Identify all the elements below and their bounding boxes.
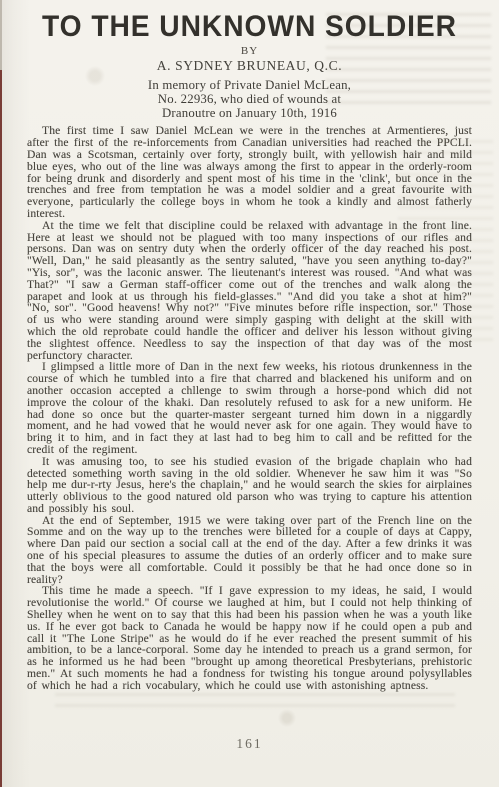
paragraph: This time he made a speech. "If I gave e… bbox=[27, 585, 472, 691]
article-body: The first time I saw Daniel McLean we we… bbox=[27, 125, 472, 691]
dedication: In memory of Private Daniel McLean, No. … bbox=[0, 79, 499, 120]
dedication-line: Dranoutre on January 10th, 1916 bbox=[0, 107, 499, 121]
scanned-page: TO THE UNKNOWN SOLDIER BY A. SYDNEY BRUN… bbox=[0, 0, 499, 787]
byline: BY bbox=[0, 45, 499, 57]
paragraph: It was amusing too, to see his studied e… bbox=[27, 456, 472, 515]
page-number: 161 bbox=[0, 736, 499, 752]
page-edge-line bbox=[0, 0, 2, 787]
page-header: TO THE UNKNOWN SOLDIER BY A. SYDNEY BRUN… bbox=[0, 0, 499, 120]
paragraph: At the time we felt that discipline coul… bbox=[27, 220, 472, 362]
paragraph: At the end of September, 1915 we were ta… bbox=[27, 515, 472, 586]
dedication-line: In memory of Private Daniel McLean, bbox=[0, 79, 499, 93]
author-name: A. SYDNEY BRUNEAU, Q.C. bbox=[0, 58, 499, 74]
dedication-line: No. 22936, who died of wounds at bbox=[0, 93, 499, 107]
page-title: TO THE UNKNOWN SOLDIER bbox=[15, 10, 484, 44]
paragraph: The first time I saw Daniel McLean we we… bbox=[27, 125, 472, 219]
paragraph: I glimpsed a little more of Dan in the n… bbox=[27, 361, 472, 455]
